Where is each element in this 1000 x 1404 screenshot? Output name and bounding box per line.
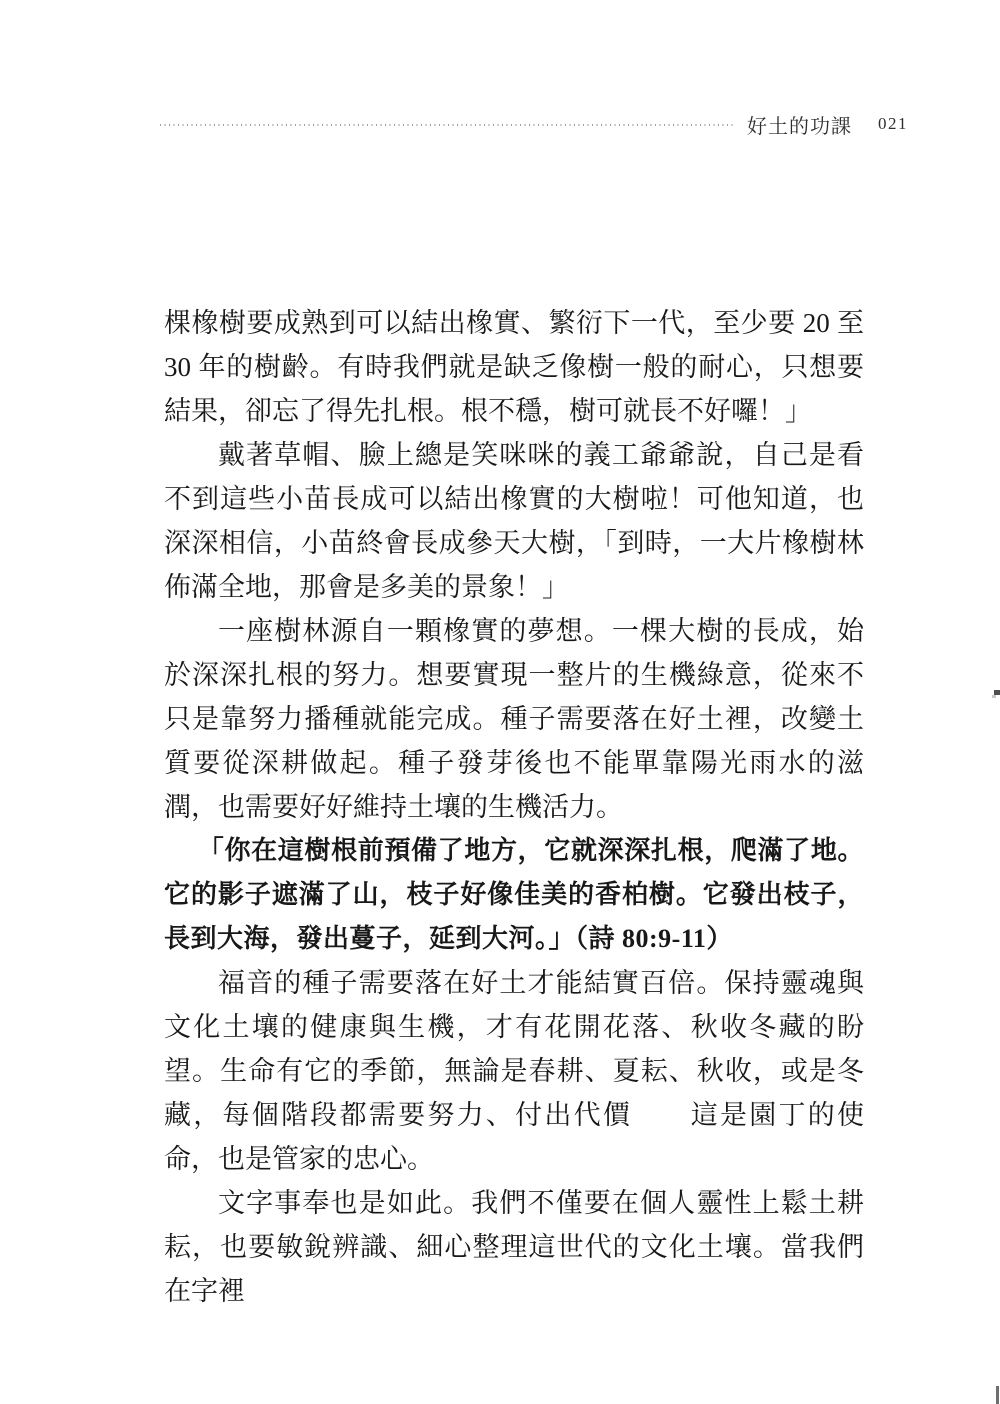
paragraph: 一座樹林源自一顆橡實的夢想。一棵大樹的長成，始於深深扎根的努力。想要實現一整片的… [164,609,864,829]
paragraph: 福音的種子需要落在好土才能結實百倍。保持靈魂與文化土壤的健康與生機，才有花開花落… [164,961,864,1181]
scripture-quote: 「你在這樹根前預備了地方，它就深深扎根，爬滿了地。它的影子遮滿了山，枝子好像佳美… [164,829,864,961]
running-head: 好土的功課 021 [160,110,908,138]
dotted-leader-line [160,124,733,126]
paragraph: 戴著草帽、臉上總是笑咪咪的義工爺爺說，自己是看不到這些小苗長成可以結出橡實的大樹… [164,433,864,609]
page-number: 021 [878,114,908,134]
paragraph: 棵橡樹要成熟到可以結出橡實、繁衍下一代，至少要 20 至 30 年的樹齡。有時我… [164,301,864,433]
paragraph: 文字事奉也是如此。我們不僅要在個人靈性上鬆土耕耘，也要敏銳辨識、細心整理這世代的… [164,1181,864,1313]
book-page: 好土的功課 021 棵橡樹要成熟到可以結出橡實、繁衍下一代，至少要 20 至 3… [0,0,1000,1404]
running-head-title: 好土的功課 [747,110,852,139]
body-text: 棵橡樹要成熟到可以結出橡實、繁衍下一代，至少要 20 至 30 年的樹齡。有時我… [164,301,864,1313]
scan-artifact-edge-line [996,1386,999,1404]
scan-artifact-speck [994,690,1000,695]
